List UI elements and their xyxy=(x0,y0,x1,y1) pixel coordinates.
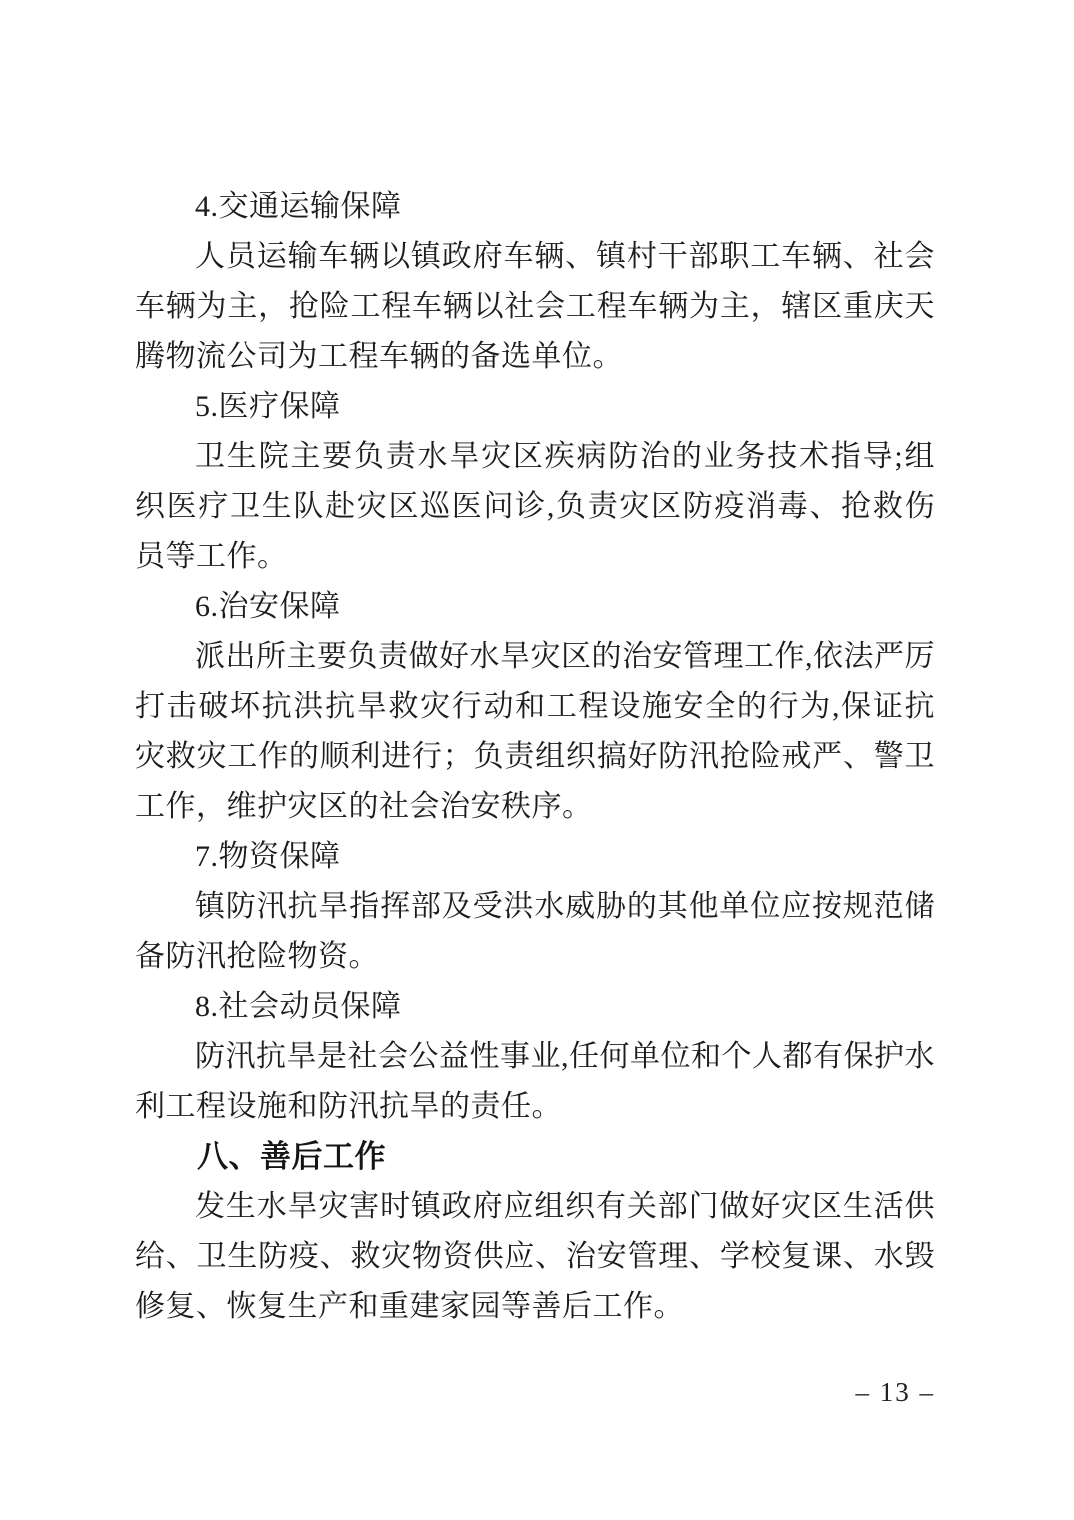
paragraph-public-security: 派出所主要负责做好水旱灾区的治安管理工作,依法严厉打击破坏抗洪抗旱救灾行动和工程… xyxy=(135,632,935,832)
heading-aftermath-work: 八、善后工作 xyxy=(135,1132,935,1182)
document-page: 4.交通运输保障 人员运输车辆以镇政府车辆、镇村干部职工车辆、社会车辆为主，抢险… xyxy=(0,0,1074,1520)
paragraph-aftermath-work: 发生水旱灾害时镇政府应组织有关部门做好灾区生活供给、卫生防疫、救灾物资供应、治安… xyxy=(135,1182,935,1332)
subheading-medical: 5.医疗保障 xyxy=(135,382,935,432)
page-number: – 13 – xyxy=(856,1372,936,1412)
subheading-public-security: 6.治安保障 xyxy=(135,582,935,632)
subheading-mobilization: 8.社会动员保障 xyxy=(135,982,935,1032)
subheading-supplies: 7.物资保障 xyxy=(135,832,935,882)
subheading-transport: 4.交通运输保障 xyxy=(135,182,935,232)
paragraph-supplies: 镇防汛抗旱指挥部及受洪水威胁的其他单位应按规范储备防汛抢险物资。 xyxy=(135,882,935,982)
paragraph-medical: 卫生院主要负责水旱灾区疾病防治的业务技术指导;组织医疗卫生队赴灾区巡医问诊,负责… xyxy=(135,432,935,582)
document-body: 4.交通运输保障 人员运输车辆以镇政府车辆、镇村干部职工车辆、社会车辆为主，抢险… xyxy=(135,182,935,1332)
paragraph-transport: 人员运输车辆以镇政府车辆、镇村干部职工车辆、社会车辆为主，抢险工程车辆以社会工程… xyxy=(135,232,935,382)
paragraph-mobilization: 防汛抗旱是社会公益性事业,任何单位和个人都有保护水利工程设施和防汛抗旱的责任。 xyxy=(135,1032,935,1132)
